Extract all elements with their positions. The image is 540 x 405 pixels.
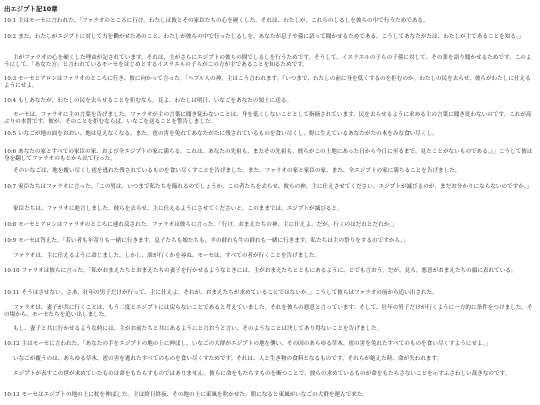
verse-text: 主はモーセに言われた。「ファラオのところに行け。わたしは彼とその家臣たちの心を硬…: [18, 18, 428, 24]
commentary-paragraph: そのいなごは、地を覆い尽くし雹を逃れた残されているものを食い尽くすことを告げまし…: [4, 168, 536, 175]
chapter-title: 出エジプト記10章: [4, 5, 58, 13]
verse-number: 10:7: [4, 184, 16, 190]
verse-text: あなたの家とすべての家臣の家、および全エジプトの家に満ちる。これは、あなたの先祖…: [4, 149, 532, 162]
verse-10-1: 10:1主はモーセに言われた。「ファラオのところに行け。わたしは彼とその家臣たち…: [4, 18, 536, 25]
verse-number: 10:12: [4, 341, 20, 347]
verse-text: 主はモーセに言われた。「あなたの手をエジプトの地の上に伸ばし、いなごの大群がエジ…: [22, 341, 491, 347]
verse-10-6: 10:6あなたの家とすべての家臣の家、および全エジプトの家に満ちる。これは、あな…: [4, 149, 536, 163]
verse-10-12: 10:12主はモーセに言われた。「あなたの手をエジプトの地の上に伸ばし、いなごの…: [4, 341, 536, 348]
verse-number: 10:2: [4, 34, 16, 40]
verse-10-13: 10:13モーセはエジプトの地の上に杖を伸ばした。主は終日終夜、その地の上に東風…: [4, 392, 536, 399]
commentary-paragraph: もし、妻子と共に行かせるような時には、主がお前たちと共にあるようにと言おうと言い…: [4, 326, 536, 333]
commentary-paragraph: ファラオは、主に仕えるように命じました。しかし、誰が行くかを尋ね、モーセは、すべ…: [4, 253, 536, 260]
verse-text: また、わたしがエジプトに対して力を働かせたあのこと、わたしが彼らの中で行ったしる…: [18, 34, 524, 40]
verse-text: そうはさせない。さあ、壮年の男子だけが行って、主に仕えよ。それが、おまえたちが求…: [22, 290, 438, 296]
verse-text: ファラオは彼らに言った。「私がおまえたちとおまえたちの妻子を行かせるようなときに…: [22, 268, 517, 274]
verse-10-5: 10:5いなごが地の面をおおい、地は見えなくなる。また、雹の害を免れてあなたがた…: [4, 131, 536, 138]
verse-10-10: 10:10ファラオは彼らに言った。「私がおまえたちとおまえたちの妻子を行かせるよ…: [4, 268, 536, 275]
verse-text: モーセとアロンはファラオのところに連れ戻された。ファラオは彼らに言った。「行け。…: [18, 222, 398, 228]
commentary-paragraph: ファラオは、妻子が共に行くことは、もう二度とエジプトには戻らないことであると考え…: [4, 305, 536, 319]
verse-number: 10:6: [4, 149, 16, 155]
verse-number: 10:11: [4, 290, 20, 296]
verse-number: 10:3: [4, 76, 16, 82]
verse-number: 10:9: [4, 238, 16, 244]
verse-number: 10:8: [4, 222, 16, 228]
verse-10-9: 10:9モーセは答えた。「若い者も年寄りも一緒に行きます。息子たちも娘たちも、羊…: [4, 238, 536, 245]
verse-text: モーセはエジプトの地の上に杖を伸ばした。主は終日終夜、その地の上に東風を吹かせた…: [22, 392, 368, 398]
verse-10-3: 10:3モーセとアロンはファラオのところに行き、彼に向かって言った。「ヘブル人の…: [4, 76, 536, 90]
verse-text: 家臣たちはファラオに言った。「この男は、いつまで私たちを陥れるのでしょうか。この…: [18, 184, 532, 190]
verse-10-4: 10:4もしあなたが、わたしの民を去らせることを拒むなら、見よ、わたしは明日、い…: [4, 98, 536, 105]
commentary-paragraph: 主がファラオの心を硬くした理由が記されています。それは、主がさらにエジプトの彼ら…: [4, 55, 536, 69]
verse-text: いなごが地の面をおおい、地は見えなくなる。また、雹の害を免れてあなたがたに残され…: [18, 131, 438, 137]
verse-number: 10:5: [4, 131, 16, 137]
verse-number: 10:4: [4, 98, 16, 104]
verse-text: モーセは答えた。「若い者も年寄りも一緒に行きます。息子たちも娘たちも、羊の群れも…: [18, 238, 408, 244]
verse-number: 10:1: [4, 18, 16, 24]
verse-text: モーセとアロンはファラオのところに行き、彼に向かって言った。「ヘブル人の神、主は…: [4, 76, 531, 89]
commentary-paragraph: モーセは、ファラオに主の言葉を告げました。ファラオが主の言葉に聞き従わないことは…: [4, 112, 536, 126]
verse-number: 10:13: [4, 392, 20, 398]
verse-text: もしあなたが、わたしの民を去らせることを拒むなら、見よ、わたしは明日、いなごをあ…: [18, 98, 292, 104]
commentary-paragraph: エジプトが表すこの世が求めていたものは命をもたらすものではありません。彼らに命を…: [4, 371, 536, 378]
verse-number: 10:10: [4, 268, 20, 274]
verse-10-7: 10:7家臣たちはファラオに言った。「この男は、いつまで私たちを陥れるのでしょう…: [4, 184, 536, 191]
verse-10-11: 10:11そうはさせない。さあ、壮年の男子だけが行って、主に仕えよ。それが、おま…: [4, 290, 536, 297]
commentary-paragraph: いなごが覆うのは、あらゆる草木、雹の害を逃れたすべてのものを食い尽くすためです。…: [4, 356, 536, 363]
document-page: 出エジプト記10章 10:1主はモーセに言われた。「ファラオのところに行け。わた…: [0, 0, 540, 405]
commentary-paragraph: 家臣たちは、ファラオに進言しました。彼らを去らせ、主に仕えるようにさせてください…: [4, 206, 536, 213]
verse-10-2: 10:2また、わたしがエジプトに対して力を働かせたあのこと、わたしが彼らの中で行…: [4, 34, 536, 41]
verse-10-8: 10:8モーセとアロンはファラオのところに連れ戻された。ファラオは彼らに言った。…: [4, 222, 536, 229]
